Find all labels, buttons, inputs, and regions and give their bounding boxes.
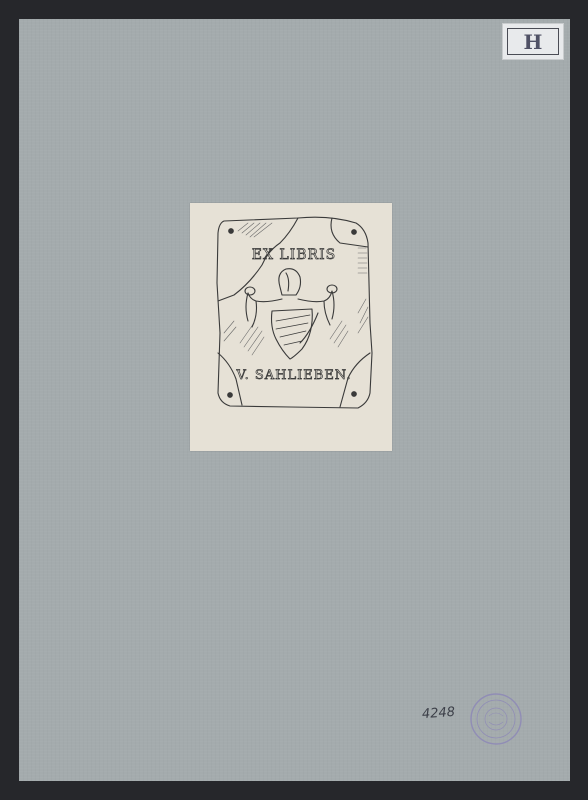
bookplate-card: EX LIBRIS V. SAHLIEBEN.	[190, 203, 392, 451]
inventory-number: 4248	[422, 705, 456, 722]
mantling-left	[246, 293, 282, 327]
helmet	[279, 269, 301, 295]
corner-label: H	[503, 24, 563, 59]
rivet	[228, 393, 233, 398]
rivet	[229, 229, 234, 234]
bookplate-title: EX LIBRIS	[252, 247, 336, 263]
rivet	[352, 230, 357, 235]
corner-label-letter: H	[524, 32, 543, 52]
rivet	[352, 392, 357, 397]
stone-crack	[331, 218, 368, 247]
mantling-right	[298, 291, 334, 325]
collection-stamp-icon	[469, 692, 523, 746]
stone-crack	[300, 313, 318, 343]
bookplate-engraving: EX LIBRIS V. SAHLIEBEN.	[190, 203, 392, 451]
bookplate-owner: V. SAHLIEBEN.	[236, 368, 352, 383]
